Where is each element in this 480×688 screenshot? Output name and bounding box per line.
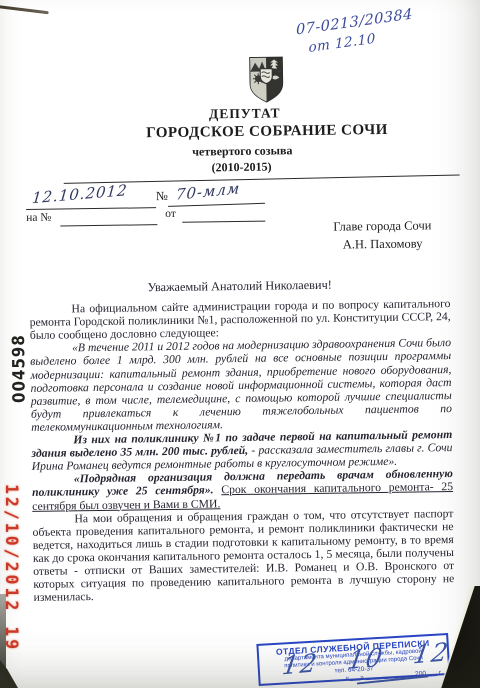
reply-from-label: от [165, 208, 176, 220]
salutation: Уважаемый Анатолий Николаевич! [29, 277, 450, 296]
paragraph-3-quote: Из них на поликлинику №1 по задаче перво… [31, 428, 453, 473]
addressee-name: А.Н. Пахомову [301, 234, 463, 254]
sochi-coat-of-arms-icon [247, 55, 286, 106]
number-blank-line [168, 203, 265, 207]
addressee-title: Главе города Сочи [301, 216, 463, 236]
letter-body: Уважаемый Анатолий Николаевич! На официа… [29, 277, 454, 604]
registration-number-handwritten: 07-0213/20384 от 12.10 [296, 0, 466, 60]
document-photo: 07-0213/20384 от 12.10 [0, 0, 480, 688]
addressee-block: Главе города Сочи А.Н. Пахомову [301, 216, 463, 254]
paragraph-4: «Подрядная организация должна передать в… [32, 467, 454, 512]
letterhead-title: ДЕПУТАТ ГОРОДСКОЕ СОБРАНИЕ СОЧИ четверто… [57, 103, 478, 178]
letter-page: 07-0213/20384 от 12.10 [0, 0, 480, 688]
paragraph-1: На официальном сайте администрации город… [29, 297, 451, 342]
reply-date-blank-line [182, 221, 265, 223]
letter-date-handwritten: 12.10.2012 [31, 181, 128, 207]
reply-number-blank-line [60, 224, 157, 227]
paragraph-2-quote: «В течение 2011 и 2012 годов на модерниз… [30, 336, 452, 434]
date-blank-line [26, 207, 156, 210]
photo-corner-shadow-bottom-right [436, 586, 480, 688]
number-sign: № [156, 189, 168, 204]
letter-number-handwritten: 70-млм [175, 179, 241, 204]
letterhead-line-assembly: ГОРОДСКОЕ СОБРАНИЕ СОЧИ [57, 121, 477, 144]
numbering-stamp: 004598 [8, 334, 29, 403]
reply-to-number-label: на № [26, 212, 51, 224]
paragraph-5: На мои обращения и обращения граждан о т… [32, 507, 454, 605]
